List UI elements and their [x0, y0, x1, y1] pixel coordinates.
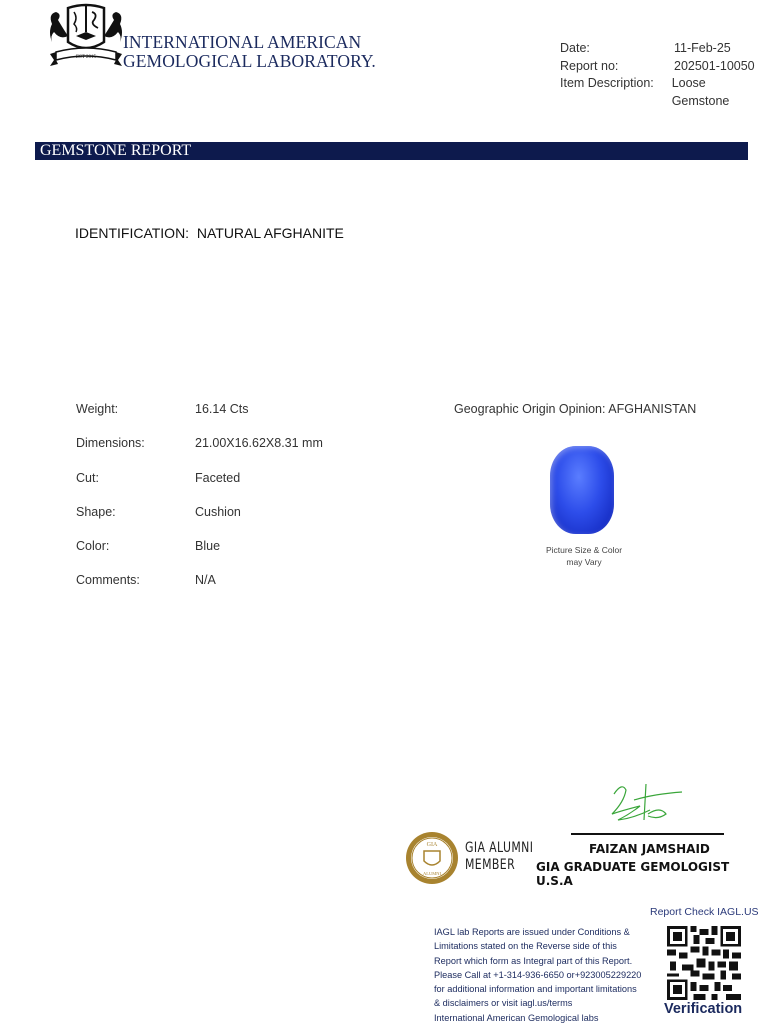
disclaimer-line: for additional information and important…	[434, 982, 659, 996]
meta-value: 11-Feb-25	[674, 40, 731, 58]
disclaimer-line: Limitations stated on the Reverse side o…	[434, 939, 659, 953]
detail-value: N/A	[195, 573, 216, 607]
lab-crest-logo: EST 2015	[48, 2, 124, 72]
badge-line1: GIA ALUMNI	[465, 840, 533, 857]
picture-note: Picture Size & Color may Vary	[525, 544, 643, 568]
disclaimer-line: Please Call at +1-314-936-6650 or+923005…	[434, 968, 659, 982]
gia-alumni-seal-icon: GIA ALUMNI	[405, 831, 459, 885]
report-meta: Date: 11-Feb-25 Report no: 202501-10050 …	[560, 40, 765, 110]
detail-value: 16.14 Cts	[195, 402, 249, 436]
signature-line	[571, 833, 724, 835]
gia-alumni-badge-text: GIA ALUMNI MEMBER	[465, 840, 533, 874]
detail-label: Dimensions:	[76, 436, 195, 470]
detail-row-cut: Cut: Faceted	[76, 471, 323, 505]
svg-text:EST 2015: EST 2015	[76, 55, 97, 60]
qr-label: Report Check IAGL.US	[650, 906, 759, 918]
origin-label: Geographic Origin Opinion:	[454, 402, 605, 416]
identification-label: IDENTIFICATION:	[75, 225, 189, 241]
signer-name: FAIZAN JAMSHAID	[589, 842, 710, 856]
detail-row-dimensions: Dimensions: 21.00X16.62X8.31 mm	[76, 436, 323, 470]
detail-row-weight: Weight: 16.14 Cts	[76, 402, 323, 436]
verification-caption: Verification	[664, 1001, 742, 1017]
meta-item-description: Item Description: Loose Gemstone	[560, 75, 765, 110]
geographic-origin: Geographic Origin Opinion: AFGHANISTAN	[454, 402, 696, 416]
disclaimer-line: International American Gemological labs	[434, 1011, 659, 1024]
meta-value: 202501-10050	[674, 58, 755, 76]
svg-text:GIA: GIA	[427, 842, 438, 848]
detail-value: Faceted	[195, 471, 240, 505]
gem-details: Weight: 16.14 Cts Dimensions: 21.00X16.6…	[76, 402, 323, 608]
meta-label: Date:	[560, 40, 674, 58]
report-title-bar: GEMSTONE REPORT	[35, 142, 748, 160]
meta-date: Date: 11-Feb-25	[560, 40, 765, 58]
disclaimer-line: IAGL lab Reports are issued under Condit…	[434, 925, 659, 939]
detail-row-color: Color: Blue	[76, 539, 323, 573]
detail-value: Blue	[195, 539, 220, 573]
meta-label: Report no:	[560, 58, 674, 76]
meta-report-no: Report no: 202501-10050	[560, 58, 765, 76]
meta-value: Loose Gemstone	[672, 75, 765, 110]
svg-text:ALUMNI: ALUMNI	[423, 871, 441, 876]
picture-note-line1: Picture Size & Color	[525, 544, 643, 556]
detail-label: Color:	[76, 539, 195, 573]
detail-value: Cushion	[195, 505, 241, 539]
identification: IDENTIFICATION: NATURAL AFGHANITE	[75, 225, 344, 241]
detail-label: Comments:	[76, 573, 195, 607]
signature-image	[604, 780, 684, 830]
detail-label: Shape:	[76, 505, 195, 539]
detail-label: Weight:	[76, 402, 195, 436]
identification-value: NATURAL AFGHANITE	[197, 225, 344, 241]
detail-row-shape: Shape: Cushion	[76, 505, 323, 539]
meta-label: Item Description:	[560, 75, 672, 110]
signer-title: GIA GRADUATE GEMOLOGIST U.S.A	[536, 860, 765, 888]
disclaimer-line: Report which form as Integral part of th…	[434, 954, 659, 968]
gemstone-image	[550, 446, 614, 534]
lab-name-line1: INTERNATIONAL AMERICAN	[123, 33, 376, 52]
disclaimer: IAGL lab Reports are issued under Condit…	[434, 925, 659, 1024]
origin-value: AFGHANISTAN	[608, 402, 696, 416]
detail-label: Cut:	[76, 471, 195, 505]
lab-name-line2: GEMOLOGICAL LABORATORY.	[123, 52, 376, 71]
qr-code-icon[interactable]	[667, 926, 741, 1000]
lab-name: INTERNATIONAL AMERICAN GEMOLOGICAL LABOR…	[123, 33, 376, 71]
badge-line2: MEMBER	[465, 857, 533, 874]
picture-note-line2: may Vary	[525, 556, 643, 568]
detail-row-comments: Comments: N/A	[76, 573, 323, 607]
disclaimer-line: & disclaimers or visit iagl.us/terms	[434, 996, 659, 1010]
detail-value: 21.00X16.62X8.31 mm	[195, 436, 323, 470]
report-title: GEMSTONE REPORT	[40, 142, 191, 160]
